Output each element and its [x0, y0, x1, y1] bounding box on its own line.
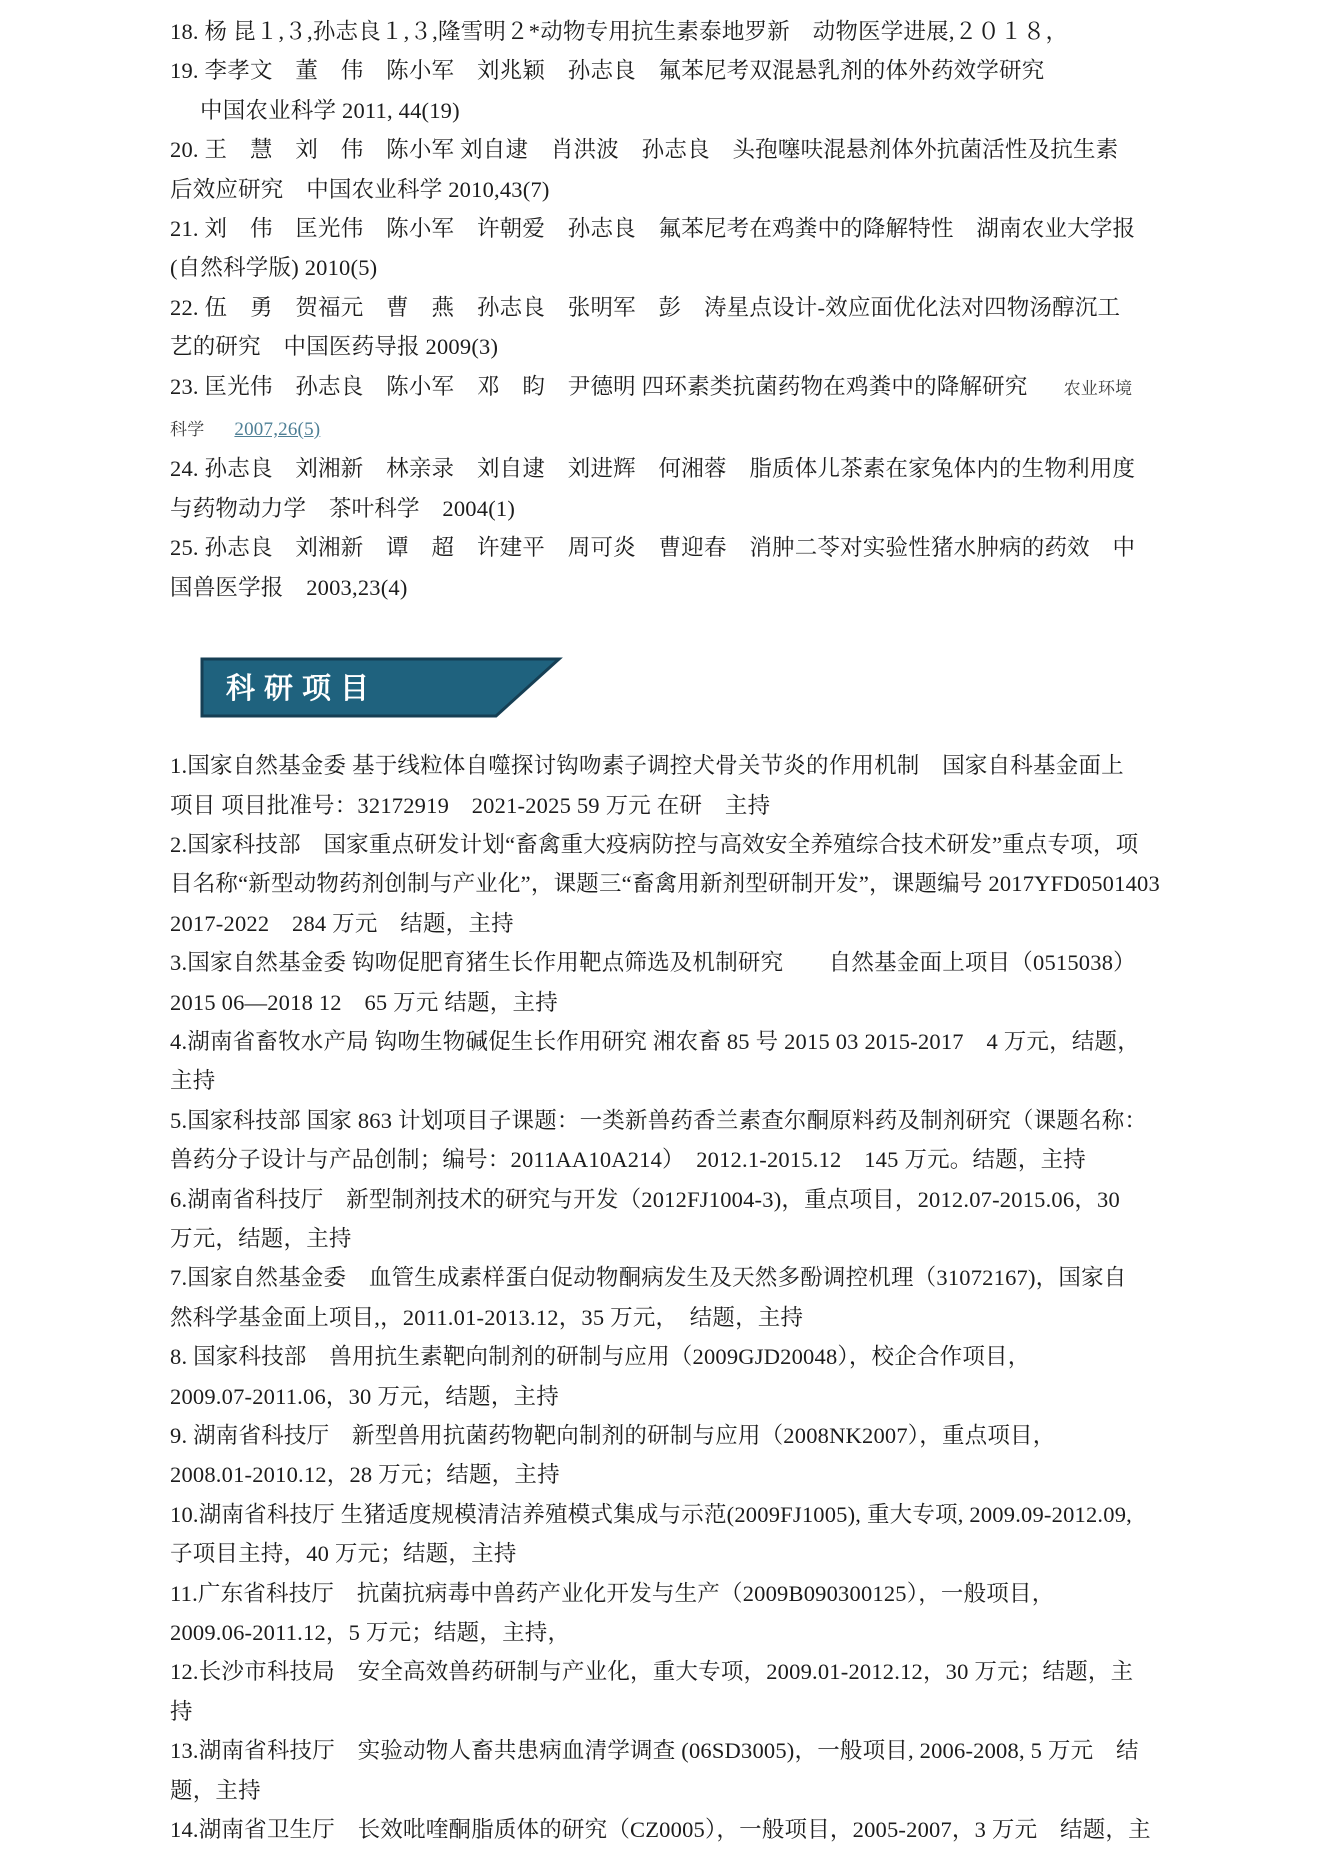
text-line: 6.湖南省科技厅 新型制剂技术的研究与开发（2012FJ1004-3)，重点项目…: [170, 1180, 1215, 1219]
text-segment: 艺的研究 中国医药导报 2009(3): [170, 334, 498, 359]
project-item: 1.国家自然基金委 基于线粒体自噬探讨钩吻素子调控犬骨关节炎的作用机制 国家自科…: [170, 746, 1215, 825]
publication-item: 23. 匡光伟 孙志良 陈小军 邓 盷 尹德明 四环素类抗菌药物在鸡粪中的降解研…: [170, 367, 1215, 450]
text-segment: 目名称“新型动物药剂创制与产业化”，课题三“畜禽用新剂型研制开发”，课题编号 2…: [170, 871, 1160, 896]
text-line: 然科学基金面上项目,，2011.01-2013.12，35 万元， 结题，主持: [170, 1298, 1215, 1337]
text-line: 24. 孙志良 刘湘新 林亲录 刘自逮 刘进辉 何湘蓉 脂质体儿茶素在家兔体内的…: [170, 449, 1215, 488]
project-item: 13.湖南省科技厅 实验动物人畜共患病血清学调查 (06SD3005)，一般项目…: [170, 1731, 1215, 1810]
text-line: 4.湖南省畜牧水产局 钩吻生物碱促生长作用研究 湘农畜 85 号 2015 03…: [170, 1022, 1215, 1061]
text-line: 9. 湖南省科技厅 新型兽用抗菌药物靶向制剂的研制与应用（2008NK2007）…: [170, 1416, 1215, 1455]
project-item: 11.广东省科技厅 抗菌抗病毒中兽药产业化开发与生产（2009B09030012…: [170, 1574, 1215, 1653]
text-segment: 国兽医学报 2003,23(4): [170, 575, 408, 600]
project-item: 9. 湖南省科技厅 新型兽用抗菌药物靶向制剂的研制与应用（2008NK2007）…: [170, 1416, 1215, 1495]
text-segment: 中国农业科学 2011, 44(19): [200, 98, 460, 123]
journal-issue-link[interactable]: 2007,26(5): [234, 419, 320, 440]
text-segment: 12.长沙市科技局 安全高效兽药研制与产业化，重大专项，2009.01-2012…: [170, 1659, 1133, 1684]
text-line: 2008.01-2010.12，28 万元；结题，主持: [170, 1455, 1215, 1494]
text-line: 2009.07-2011.06，30 万元，结题，主持: [170, 1377, 1215, 1416]
text-segment: 2008.01-2010.12，28 万元；结题，主持: [170, 1462, 560, 1487]
text-segment: 1.国家自然基金委 基于线粒体自噬探讨钩吻素子调控犬骨关节炎的作用机制 国家自科…: [170, 753, 1124, 778]
text-segment: 6.湖南省科技厅 新型制剂技术的研究与开发（2012FJ1004-3)，重点项目…: [170, 1187, 1120, 1212]
publications-list: 18. 杨 昆１,３,孙志良１,３,隆雪明２*动物专用抗生素泰地罗新 动物医学进…: [170, 12, 1215, 607]
document-page: 18. 杨 昆１,３,孙志良１,３,隆雪明２*动物专用抗生素泰地罗新 动物医学进…: [0, 0, 1323, 1849]
text-segment: 13.湖南省科技厅 实验动物人畜共患病血清学调查 (06SD3005)，一般项目…: [170, 1738, 1139, 1763]
text-line: 18. 杨 昆１,３,孙志良１,３,隆雪明２*动物专用抗生素泰地罗新 动物医学进…: [170, 12, 1215, 51]
project-item: 6.湖南省科技厅 新型制剂技术的研究与开发（2012FJ1004-3)，重点项目…: [170, 1180, 1215, 1259]
text-line: 10.湖南省科技厅 生猪适度规模清洁养殖模式集成与示范(2009FJ1005),…: [170, 1495, 1215, 1534]
text-segment: 然科学基金面上项目,，2011.01-2013.12，35 万元， 结题，主持: [170, 1305, 803, 1330]
text-line: 21. 刘 伟 匡光伟 陈小军 许朝爱 孙志良 氟苯尼考在鸡粪中的降解特性 湖南…: [170, 209, 1215, 248]
text-segment: 18. 杨 昆１,３,孙志良１,３,隆雪明２*动物专用抗生素泰地罗新 动物医学进…: [170, 19, 1068, 44]
publication-item: 18. 杨 昆１,３,孙志良１,３,隆雪明２*动物专用抗生素泰地罗新 动物医学进…: [170, 12, 1215, 51]
text-line: 12.长沙市科技局 安全高效兽药研制与产业化，重大专项，2009.01-2012…: [170, 1652, 1215, 1691]
text-segment: 子项目主持，40 万元；结题，主持: [170, 1541, 517, 1566]
text-segment: 21. 刘 伟 匡光伟 陈小军 许朝爱 孙志良 氟苯尼考在鸡粪中的降解特性 湖南…: [170, 216, 1135, 241]
publication-item: 19. 李孝文 董 伟 陈小军 刘兆颖 孙志良 氟苯尼考双混悬乳剂的体外药效学研…: [170, 51, 1215, 130]
text-line: 2017-2022 284 万元 结题，主持: [170, 904, 1215, 943]
project-item: 10.湖南省科技厅 生猪适度规模清洁养殖模式集成与示范(2009FJ1005),…: [170, 1495, 1215, 1574]
text-segment: 9. 湖南省科技厅 新型兽用抗菌药物靶向制剂的研制与应用（2008NK2007）…: [170, 1423, 1055, 1448]
text-segment: 23. 匡光伟 孙志良 陈小军 邓 盷 尹德明 四环素类抗菌药物在鸡粪中的降解研…: [170, 374, 1028, 399]
text-segment: 2015 06—2018 12 65 万元 结题，主持: [170, 990, 558, 1015]
section-title: 科研项目: [226, 666, 378, 707]
project-item: 3.国家自然基金委 钩吻促肥育猪生长作用靶点筛选及机制研究 自然基金面上项目（0…: [170, 943, 1215, 1022]
text-segment: 与药物动力学 茶叶科学 2004(1): [170, 496, 515, 521]
text-segment: 项目 项目批准号：32172919 2021-2025 59 万元 在研 主持: [170, 793, 770, 818]
project-item: 7.国家自然基金委 血管生成素样蛋白促动物酮病发生及天然多酚调控机理（31072…: [170, 1258, 1215, 1337]
text-line: 19. 李孝文 董 伟 陈小军 刘兆颖 孙志良 氟苯尼考双混悬乳剂的体外药效学研…: [170, 51, 1215, 90]
text-line: 艺的研究 中国医药导报 2009(3): [170, 327, 1215, 366]
publication-item: 22. 伍 勇 贺福元 曹 燕 孙志良 张明军 彭 涛星点设计-效应面优化法对四…: [170, 288, 1215, 367]
text-segment: 5.国家科技部 国家 863 计划项目子课题：一类新兽药香兰素查尔酮原料药及制剂…: [170, 1108, 1147, 1133]
text-line: 7.国家自然基金委 血管生成素样蛋白促动物酮病发生及天然多酚调控机理（31072…: [170, 1258, 1215, 1297]
text-segment: 11.广东省科技厅 抗菌抗病毒中兽药产业化开发与生产（2009B09030012…: [170, 1581, 1054, 1606]
text-line: 目名称“新型动物药剂创制与产业化”，课题三“畜禽用新剂型研制开发”，课题编号 2…: [170, 864, 1215, 903]
text-line: 8. 国家科技部 兽用抗生素靶向制剂的研制与应用（2009GJD20048），校…: [170, 1337, 1215, 1376]
text-segment: 3.国家自然基金委 钩吻促肥育猪生长作用靶点筛选及机制研究 自然基金面上项目（0…: [170, 950, 1136, 975]
section-banner: 科研项目: [200, 657, 572, 719]
text-segment: 14.湖南省卫生厅 长效吡喹酮脂质体的研究（CZ0005），一般项目，2005-…: [170, 1817, 1151, 1842]
text-line: 2.国家科技部 国家重点研发计划“畜禽重大疫病防控与高效安全养殖综合技术研发”重…: [170, 825, 1215, 864]
text-line: 14.湖南省卫生厅 长效吡喹酮脂质体的研究（CZ0005），一般项目，2005-…: [170, 1810, 1215, 1849]
journal-name-small: 科学: [170, 420, 204, 439]
text-line: 题，主持: [170, 1771, 1215, 1810]
text-line: 万元，结题，主持: [170, 1219, 1215, 1258]
text-line: 主持: [170, 1061, 1215, 1100]
text-segment: 2009.07-2011.06，30 万元，结题，主持: [170, 1384, 559, 1409]
text-segment: 7.国家自然基金委 血管生成素样蛋白促动物酮病发生及天然多酚调控机理（31072…: [170, 1265, 1126, 1290]
text-line: 后效应研究 中国农业科学 2010,43(7): [170, 170, 1215, 209]
text-line: 子项目主持，40 万元；结题，主持: [170, 1534, 1215, 1573]
text-segment: 题，主持: [170, 1778, 261, 1803]
text-line: 1.国家自然基金委 基于线粒体自噬探讨钩吻素子调控犬骨关节炎的作用机制 国家自科…: [170, 746, 1215, 785]
text-line: 持: [170, 1692, 1215, 1731]
text-segment: 4.湖南省畜牧水产局 钩吻生物碱促生长作用研究 湘农畜 85 号 2015 03…: [170, 1029, 1140, 1054]
text-segment: 万元，结题，主持: [170, 1226, 352, 1251]
text-line: 23. 匡光伟 孙志良 陈小军 邓 盷 尹德明 四环素类抗菌药物在鸡粪中的降解研…: [170, 367, 1215, 408]
text-line: 20. 王 慧 刘 伟 陈小军 刘自逮 肖洪波 孙志良 头孢噻呋混悬剂体外抗菌活…: [170, 130, 1215, 169]
text-line: 项目 项目批准号：32172919 2021-2025 59 万元 在研 主持: [170, 786, 1215, 825]
publication-item: 21. 刘 伟 匡光伟 陈小军 许朝爱 孙志良 氟苯尼考在鸡粪中的降解特性 湖南…: [170, 209, 1215, 288]
text-line: 3.国家自然基金委 钩吻促肥育猪生长作用靶点筛选及机制研究 自然基金面上项目（0…: [170, 943, 1215, 982]
text-line: 13.湖南省科技厅 实验动物人畜共患病血清学调查 (06SD3005)，一般项目…: [170, 1731, 1215, 1770]
text-segment: 19. 李孝文 董 伟 陈小军 刘兆颖 孙志良 氟苯尼考双混悬乳剂的体外药效学研…: [170, 58, 1044, 83]
project-item: 8. 国家科技部 兽用抗生素靶向制剂的研制与应用（2009GJD20048），校…: [170, 1337, 1215, 1416]
text-line: 兽药分子设计与产品创制；编号：2011AA10A214） 2012.1-2015…: [170, 1140, 1215, 1179]
text-segment: 20. 王 慧 刘 伟 陈小军 刘自逮 肖洪波 孙志良 头孢噻呋混悬剂体外抗菌活…: [170, 137, 1118, 162]
text-line: 2015 06—2018 12 65 万元 结题，主持: [170, 983, 1215, 1022]
publication-item: 24. 孙志良 刘湘新 林亲录 刘自逮 刘进辉 何湘蓉 脂质体儿茶素在家兔体内的…: [170, 449, 1215, 528]
text-segment: 10.湖南省科技厅 生猪适度规模清洁养殖模式集成与示范(2009FJ1005),…: [170, 1502, 1132, 1527]
text-segment: 2.国家科技部 国家重点研发计划“畜禽重大疫病防控与高效安全养殖综合技术研发”重…: [170, 832, 1138, 857]
text-segment: 兽药分子设计与产品创制；编号：2011AA10A214） 2012.1-2015…: [170, 1147, 1086, 1172]
text-segment: 2009.06-2011.12，5 万元；结题，主持，: [170, 1620, 570, 1645]
text-line: 2009.06-2011.12，5 万元；结题，主持，: [170, 1613, 1215, 1652]
project-item: 12.长沙市科技局 安全高效兽药研制与产业化，重大专项，2009.01-2012…: [170, 1652, 1215, 1731]
text-line: (自然科学版) 2010(5): [170, 248, 1215, 287]
text-segment: 后效应研究 中国农业科学 2010,43(7): [170, 177, 550, 202]
text-line: 国兽医学报 2003,23(4): [170, 568, 1215, 607]
project-item: 5.国家科技部 国家 863 计划项目子课题：一类新兽药香兰素查尔酮原料药及制剂…: [170, 1101, 1215, 1180]
text-line: 11.广东省科技厅 抗菌抗病毒中兽药产业化开发与生产（2009B09030012…: [170, 1574, 1215, 1613]
project-item: 2.国家科技部 国家重点研发计划“畜禽重大疫病防控与高效安全养殖综合技术研发”重…: [170, 825, 1215, 943]
text-line: 25. 孙志良 刘湘新 谭 超 许建平 周可炎 曹迎春 消肿二苓对实验性猪水肿病…: [170, 528, 1215, 567]
publication-item: 20. 王 慧 刘 伟 陈小军 刘自逮 肖洪波 孙志良 头孢噻呋混悬剂体外抗菌活…: [170, 130, 1215, 209]
journal-name-small: 农业环境: [1064, 379, 1133, 398]
text-line: 5.国家科技部 国家 863 计划项目子课题：一类新兽药香兰素查尔酮原料药及制剂…: [170, 1101, 1215, 1140]
project-item: 14.湖南省卫生厅 长效吡喹酮脂质体的研究（CZ0005），一般项目，2005-…: [170, 1810, 1215, 1849]
text-segment: 主持: [170, 1068, 215, 1093]
text-segment: 8. 国家科技部 兽用抗生素靶向制剂的研制与应用（2009GJD20048），校…: [170, 1344, 1030, 1369]
text-segment: (自然科学版) 2010(5): [170, 255, 377, 280]
text-line: 22. 伍 勇 贺福元 曹 燕 孙志良 张明军 彭 涛星点设计-效应面优化法对四…: [170, 288, 1215, 327]
text-line: 科学2007,26(5): [170, 408, 1215, 449]
text-segment: 22. 伍 勇 贺福元 曹 燕 孙志良 张明军 彭 涛星点设计-效应面优化法对四…: [170, 295, 1120, 320]
project-item: 4.湖南省畜牧水产局 钩吻生物碱促生长作用研究 湘农畜 85 号 2015 03…: [170, 1022, 1215, 1101]
text-line: 与药物动力学 茶叶科学 2004(1): [170, 489, 1215, 528]
text-segment: 24. 孙志良 刘湘新 林亲录 刘自逮 刘进辉 何湘蓉 脂质体儿茶素在家兔体内的…: [170, 456, 1135, 481]
projects-list: 1.国家自然基金委 基于线粒体自噬探讨钩吻素子调控犬骨关节炎的作用机制 国家自科…: [170, 746, 1215, 1849]
text-line: 中国农业科学 2011, 44(19): [170, 91, 1215, 130]
text-segment: 持: [170, 1699, 193, 1724]
text-segment: 2017-2022 284 万元 结题，主持: [170, 911, 514, 936]
publication-item: 25. 孙志良 刘湘新 谭 超 许建平 周可炎 曹迎春 消肿二苓对实验性猪水肿病…: [170, 528, 1215, 607]
text-segment: 25. 孙志良 刘湘新 谭 超 许建平 周可炎 曹迎春 消肿二苓对实验性猪水肿病…: [170, 535, 1135, 560]
